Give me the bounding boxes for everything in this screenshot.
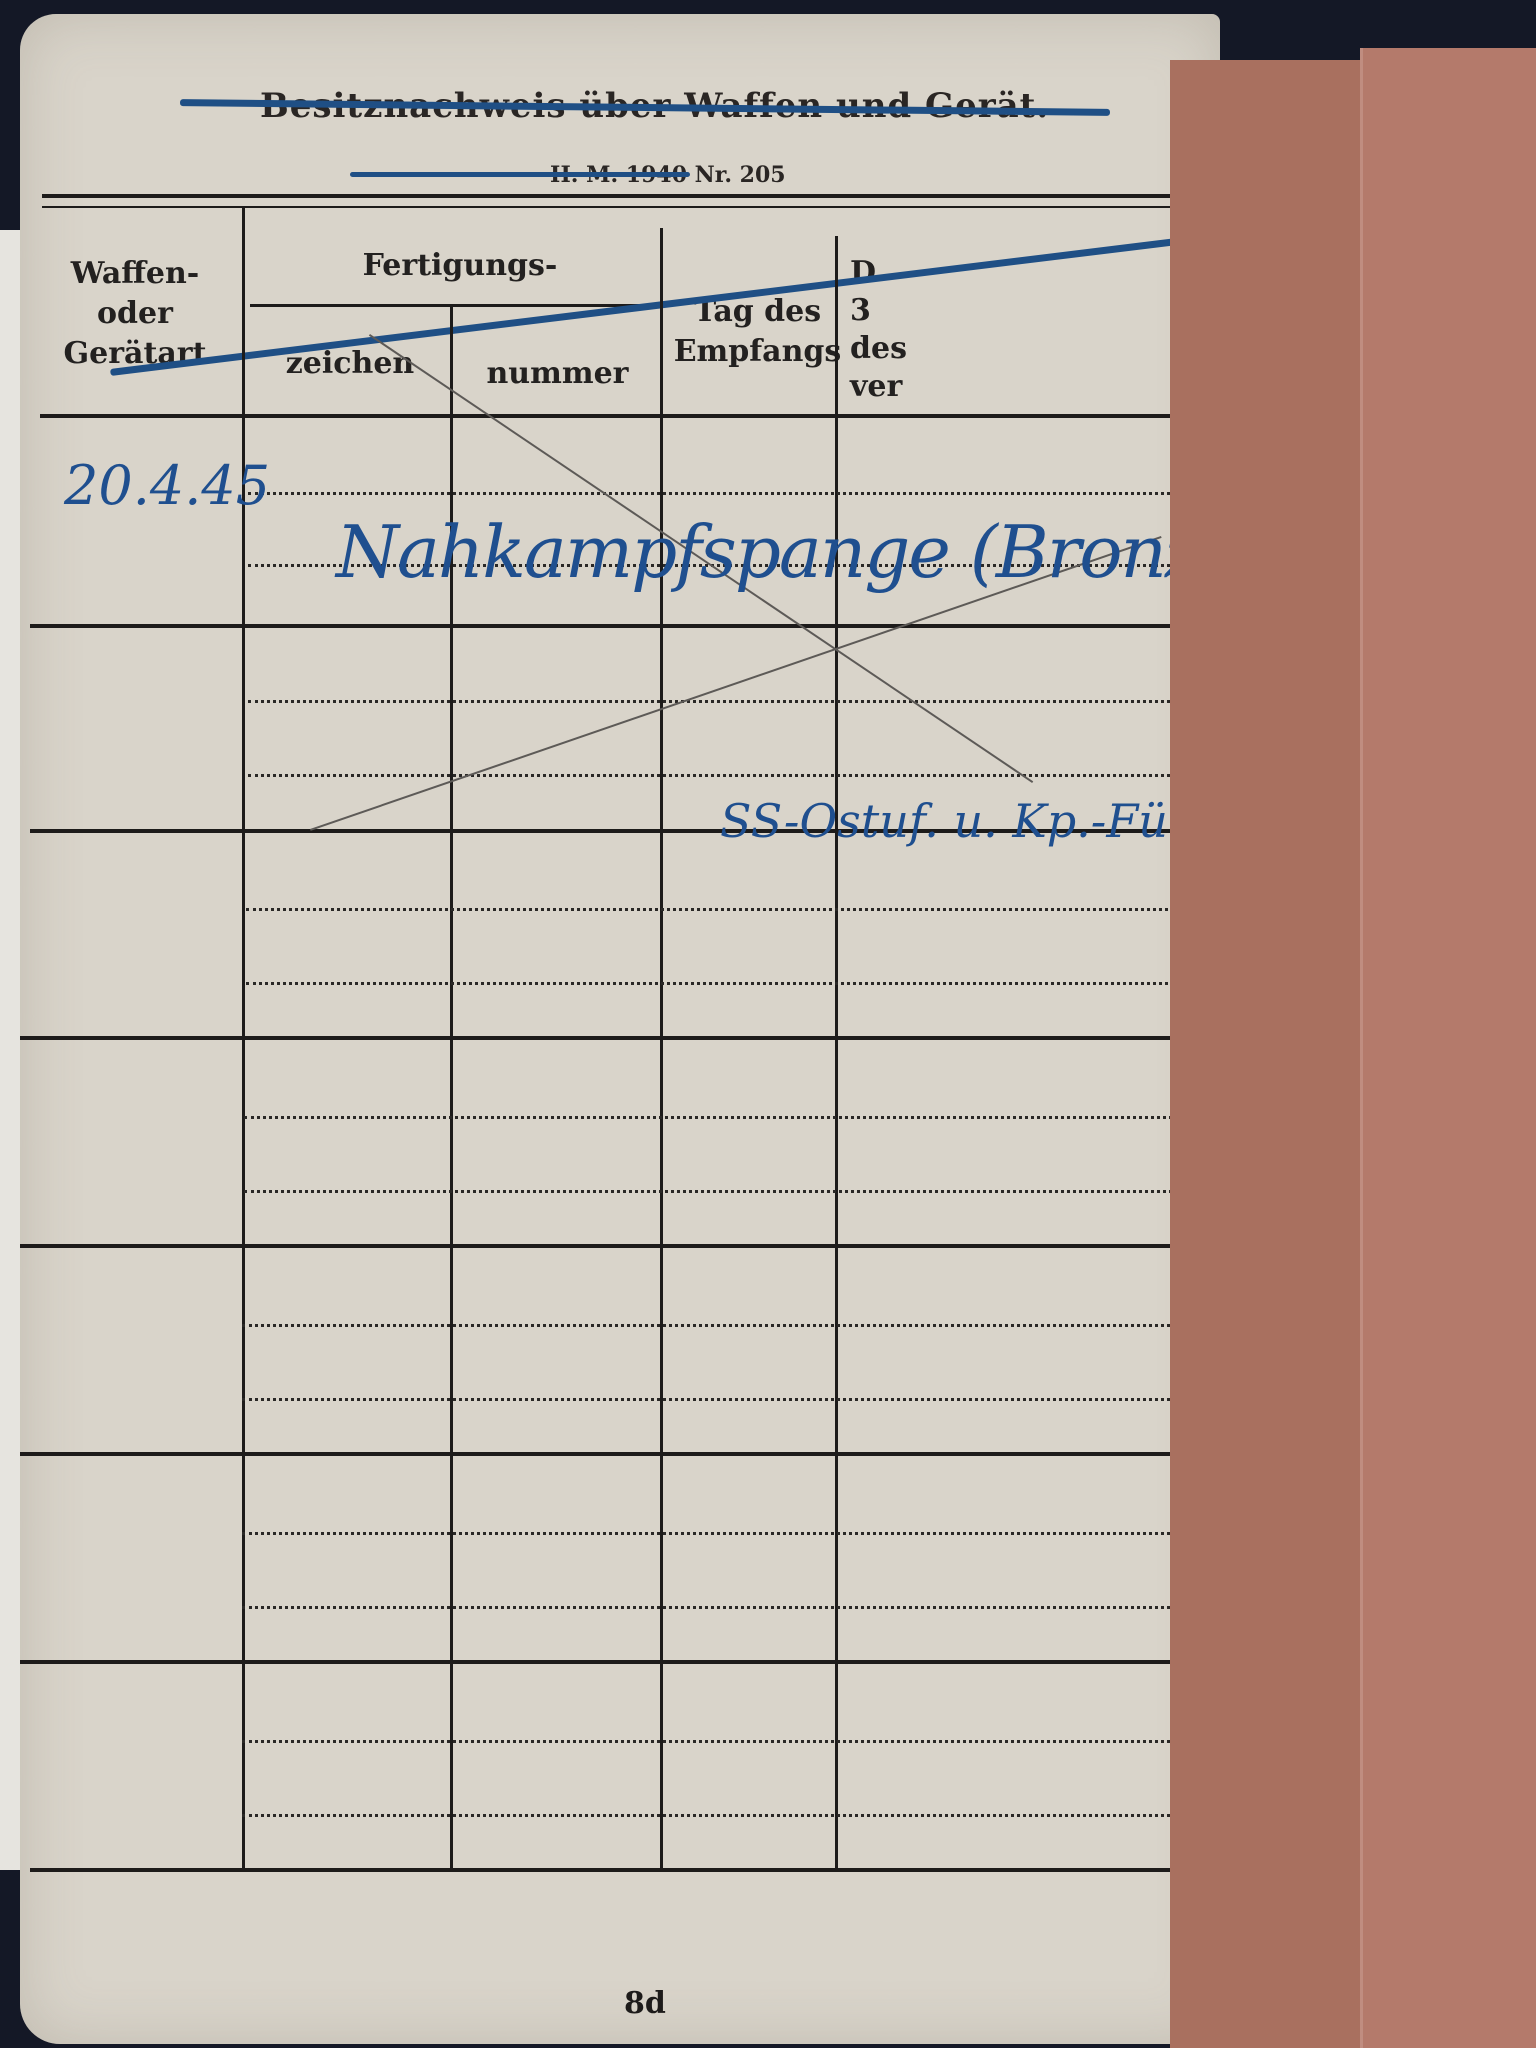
dotted-guide bbox=[242, 1814, 1182, 1817]
dotted-guide bbox=[244, 1116, 1184, 1119]
header-rule bbox=[42, 194, 1192, 198]
row-rule bbox=[20, 1036, 1180, 1040]
row-rule bbox=[40, 414, 1190, 418]
row-rule bbox=[20, 1452, 1190, 1456]
column-divider bbox=[660, 228, 663, 1868]
header-rule-2 bbox=[42, 206, 1192, 208]
dotted-guide bbox=[242, 1606, 1182, 1609]
dotted-guide bbox=[246, 908, 1186, 911]
dotted-guide bbox=[242, 1532, 1182, 1535]
cover-spine-fold bbox=[1170, 60, 1360, 2048]
document-page: Besitznachweis über Waffen und Gerät. H.… bbox=[20, 14, 1220, 2044]
dotted-guide bbox=[248, 774, 1188, 777]
dotted-guide bbox=[242, 1398, 1182, 1401]
column-divider bbox=[835, 236, 838, 1868]
row-rule bbox=[20, 1244, 1180, 1248]
dotted-guide bbox=[242, 1324, 1182, 1327]
cover-spine bbox=[1360, 48, 1536, 2048]
entry-signature: SS-Ostuf. u. Kp.-Füh bbox=[720, 794, 1198, 848]
header-subdivider bbox=[250, 304, 670, 307]
dotted-guide bbox=[246, 982, 1186, 985]
subtitle-strikethrough bbox=[350, 172, 690, 177]
dotted-guide bbox=[244, 1190, 1184, 1193]
row-rule bbox=[20, 1660, 1190, 1664]
header-number: nummer bbox=[450, 354, 665, 394]
entry-date: 20.4.45 bbox=[64, 454, 270, 517]
row-rule bbox=[30, 1868, 1200, 1872]
dotted-guide bbox=[248, 700, 1188, 703]
page-number: 8d bbox=[624, 1986, 666, 2021]
dotted-guide bbox=[248, 492, 1188, 495]
header-manufacture: Fertigungs- bbox=[250, 246, 670, 286]
entry-item: Nahkampfspange (Bronze bbox=[336, 510, 1241, 594]
dotted-guide bbox=[242, 1740, 1182, 1743]
row-rule bbox=[30, 624, 1180, 628]
